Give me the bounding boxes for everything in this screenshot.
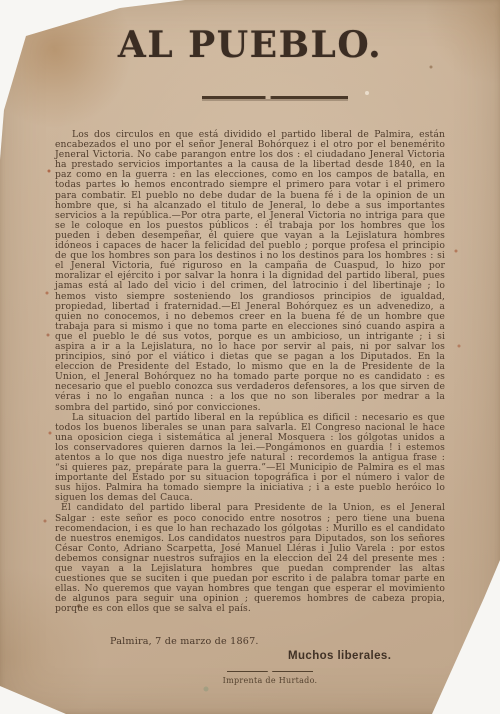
paragraph-1: Los dos circulos en que está dividido el…	[55, 130, 445, 413]
printer-imprint: Imprenta de Hurtado.	[220, 676, 320, 685]
title-divider-rule	[202, 96, 348, 99]
document-body: Los dos circulos en que está dividido el…	[55, 130, 445, 615]
paragraph-3: El candidato del partido liberal para Pr…	[55, 503, 445, 614]
paragraph-2: La situacion del partido liberal en la r…	[55, 413, 445, 504]
dateline: Palmira, 7 de marzo de 1867.	[110, 636, 259, 647]
imprint-divider-rule	[227, 671, 313, 672]
photo-background: AL PUEBLO. Los dos circulos en que está …	[0, 0, 500, 714]
signature: Muchos liberales.	[288, 650, 391, 662]
broadside-paper: AL PUEBLO. Los dos circulos en que está …	[0, 0, 500, 714]
foxing-specks	[0, 0, 2, 2]
document-title: AL PUEBLO.	[0, 24, 500, 66]
